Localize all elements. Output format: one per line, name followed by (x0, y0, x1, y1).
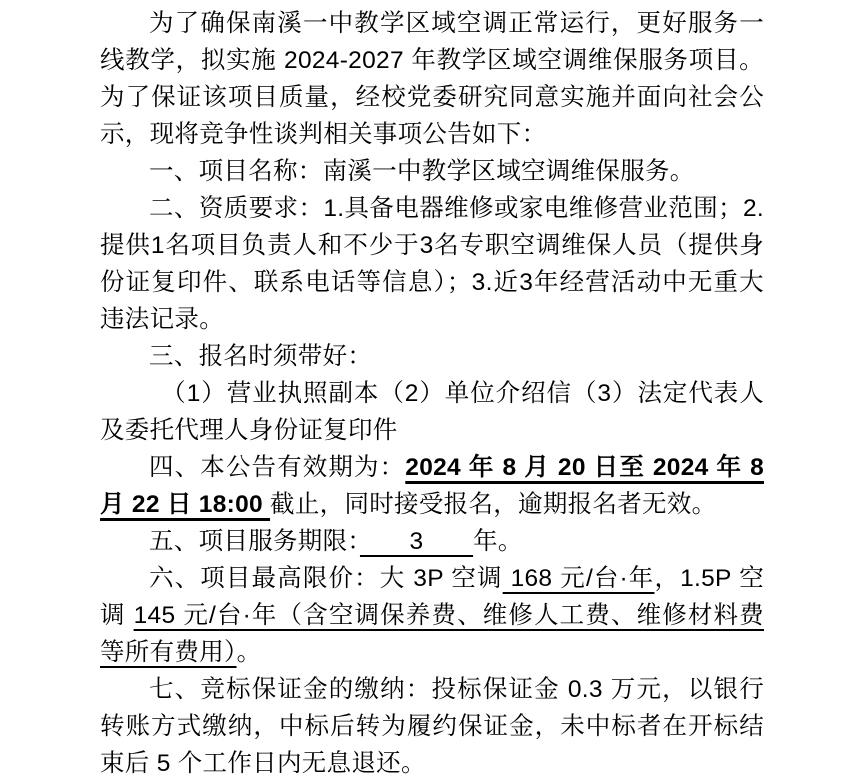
item-4-validity-period: 四、本公告有效期为：2024 年 8 月 20 日至 2024 年 8 月 22… (100, 449, 764, 523)
item-3-registration-materials-heading: 三、报名时须带好： (100, 338, 764, 375)
item-3-registration-materials-list: （1）营业执照副本（2）单位介绍信（3）法定代表人及委托代理人身份证复印件 (100, 375, 764, 449)
text-run: 年。 (473, 528, 523, 555)
document-page: 为了确保南溪一中教学区域空调正常运行，更好服务一线教学，拟实施 2024-202… (0, 0, 863, 779)
item-1-project-name: 一、项目名称：南溪一中教学区域空调维保服务。 (100, 153, 764, 190)
text-run: 六、项目最高限价：大 3P 空调 (149, 565, 503, 592)
item-7-bid-deposit: 七、竞标保证金的缴纳：投标保证金 0.3 万元，以银行转账方式缴纳，中标后转为履… (100, 671, 764, 779)
intro-paragraph: 为了确保南溪一中教学区域空调正常运行，更好服务一线教学，拟实施 2024-202… (100, 5, 764, 153)
text-run: 3 (360, 528, 473, 555)
text-run: 145 元/台·年（含空调保养费、维修人工费、维修材料费等所有费用） (100, 602, 764, 666)
text-run: 二、资质要求：1.具备电器维修或家电维修营业范围；2.提供1名项目负责人和不少于… (100, 195, 764, 333)
item-2-qualification-requirements: 二、资质要求：1.具备电器维修或家电维修营业范围；2.提供1名项目负责人和不少于… (100, 190, 764, 338)
text-run: （1）营业执照副本（2）单位介绍信（3）法定代表人及委托代理人身份证复印件 (100, 380, 764, 444)
text-run: 。 (237, 639, 262, 666)
text-run: 四、本公告有效期为： (149, 454, 405, 481)
announcement-body: 为了确保南溪一中教学区域空调正常运行，更好服务一线教学，拟实施 2024-202… (100, 5, 764, 779)
text-run: 一、项目名称：南溪一中教学区域空调维保服务。 (149, 158, 695, 185)
text-run: 截止，同时接受报名，逾期报名者无效。 (270, 491, 716, 518)
text-run: 七、竞标保证金的缴纳：投标保证金 0.3 万元，以银行转账方式缴纳，中标后转为履… (100, 676, 764, 777)
item-6-price-ceiling: 六、项目最高限价：大 3P 空调 168 元/台·年，1.5P 空调 145 元… (100, 560, 764, 671)
text-run: 为了确保南溪一中教学区域空调正常运行，更好服务一线教学，拟实施 2024-202… (100, 10, 764, 148)
item-5-service-term: 五、项目服务期限： 3 年。 (100, 523, 764, 560)
text-run: 五、项目服务期限： (149, 528, 360, 555)
text-run: 168 元/台·年 (503, 565, 655, 592)
text-run: 三、报名时须带好： (149, 343, 372, 370)
